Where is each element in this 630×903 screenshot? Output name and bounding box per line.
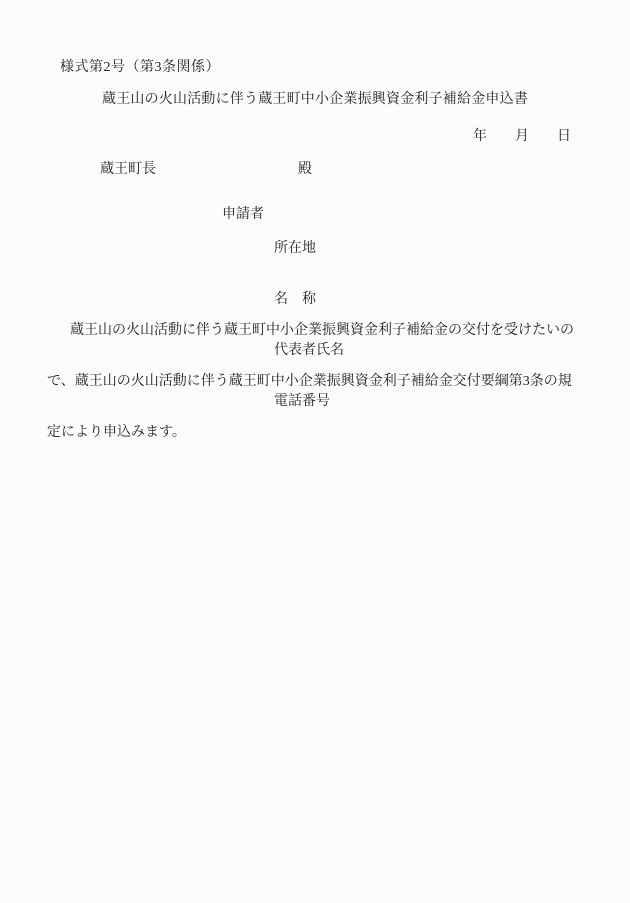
body-paragraph: 蔵王山の火山活動に伴う蔵王町中小企業振興資金利子補給金の交付を受けたいの で、蔵… xyxy=(47,288,577,475)
body-line: 蔵王山の火山活動に伴う蔵王町中小企業振興資金利子補給金の交付を受けたいの xyxy=(47,322,577,339)
body-line: で、蔵王山の火山活動に伴う蔵王町中小企業振興資金利子補給金交付要綱第3条の規 xyxy=(47,373,577,390)
body-line: 定により申込みます。 xyxy=(47,424,577,441)
date-month-label: 月 xyxy=(515,128,529,145)
date-year-label: 年 xyxy=(473,128,487,145)
addressee-recipient: 蔵王町長 xyxy=(100,161,156,178)
form-number: 様式第2号（第3条関係） xyxy=(60,59,220,76)
date-line: 年 月 日 xyxy=(473,128,571,145)
applicant-field-location: 所在地 xyxy=(274,240,344,257)
document-title: 蔵王山の火山活動に伴う蔵王町中小企業振興資金利子補給金申込書 xyxy=(0,91,630,108)
applicant-label: 申請者 xyxy=(222,206,264,223)
addressee-honorific: 殿 xyxy=(298,161,312,178)
document-page: 様式第2号（第3条関係） 蔵王山の火山活動に伴う蔵王町中小企業振興資金利子補給金… xyxy=(0,0,630,903)
date-day-label: 日 xyxy=(557,128,571,145)
